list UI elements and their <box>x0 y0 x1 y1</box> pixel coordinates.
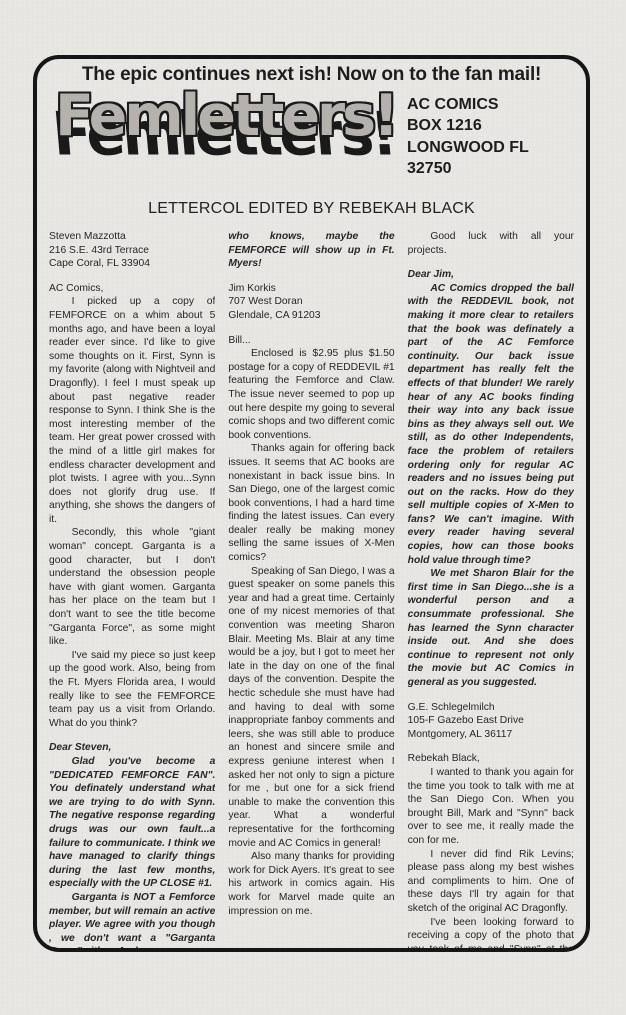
letter-salutation: Bill... <box>228 334 394 348</box>
femletters-logo-text: Femletters! <box>55 88 396 145</box>
editor-reply-paragraph: Garganta is NOT a Femforce member, but w… <box>49 891 215 952</box>
letter-paragraph: I wanted to thank you again for the time… <box>408 766 574 848</box>
letter-paragraph: Speaking of San Diego, I was a guest spe… <box>228 565 394 850</box>
letter-paragraph: Secondly, this whole "giant woman" conce… <box>49 526 215 648</box>
letter-address: G.E. Schlegelmilch 105-F Gazebo East Dri… <box>408 701 574 742</box>
editor-reply-paragraph: who knows, maybe the FEMFORCE will show … <box>228 230 394 271</box>
letter-paragraph: Also many thanks for providing work for … <box>228 850 394 918</box>
editor-reply-paragraph: Glad you've become a "DEDICATED FEMFORCE… <box>49 755 215 891</box>
page-frame: The epic continues next ish! Now on to t… <box>33 55 590 952</box>
publisher-address: AC COMICS BOX 1216 LONGWOOD FL 32750 <box>407 86 576 194</box>
letters-column-1: Steven Mazzotta 216 S.E. 43rd Terrace Ca… <box>49 230 215 952</box>
editor-reply-paragraph: We met Sharon Blair for the first time i… <box>408 567 574 689</box>
logo-row: Femletters! Femletters! AC COMICS BOX 12… <box>37 86 586 194</box>
letter-salutation: Rebekah Black, <box>408 752 574 766</box>
lettercol-editor-line: LETTERCOL EDITED BY REBEKAH BLACK <box>37 200 586 218</box>
letters-page: The epic continues next ish! Now on to t… <box>0 0 626 1015</box>
editor-reply-salutation: Dear Steven, <box>49 741 215 755</box>
letter-paragraph: I picked up a copy of FEMFORCE on a whim… <box>49 295 215 526</box>
editor-reply-paragraph: AC Comics dropped the ball with the REDD… <box>408 282 574 567</box>
letter-address: Steven Mazzotta 216 S.E. 43rd Terrace Ca… <box>49 230 215 271</box>
editor-reply-salutation: Dear Jim, <box>408 268 574 282</box>
letter-paragraph: I never did find Rik Levins; please pass… <box>408 848 574 916</box>
letter-columns: Steven Mazzotta 216 S.E. 43rd Terrace Ca… <box>37 218 586 952</box>
letter-salutation: AC Comics, <box>49 282 215 296</box>
letters-column-2: who knows, maybe the FEMFORCE will show … <box>228 230 394 952</box>
letter-paragraph: I've been looking forward to receiving a… <box>408 916 574 953</box>
femletters-logo: Femletters! Femletters! <box>55 88 407 194</box>
letter-address: Jim Korkis 707 West Doran Glendale, CA 9… <box>228 282 394 323</box>
letter-paragraph: Enclosed is $2.95 plus $1.50 postage for… <box>228 347 394 442</box>
letter-paragraph: Good luck with all your projects. <box>408 230 574 257</box>
letter-paragraph: Thanks again for offering back issues. I… <box>228 442 394 564</box>
letters-column-3: Good luck with all your projects.Dear Ji… <box>408 230 574 952</box>
letter-paragraph: I've said my piece so just keep up the g… <box>49 649 215 731</box>
